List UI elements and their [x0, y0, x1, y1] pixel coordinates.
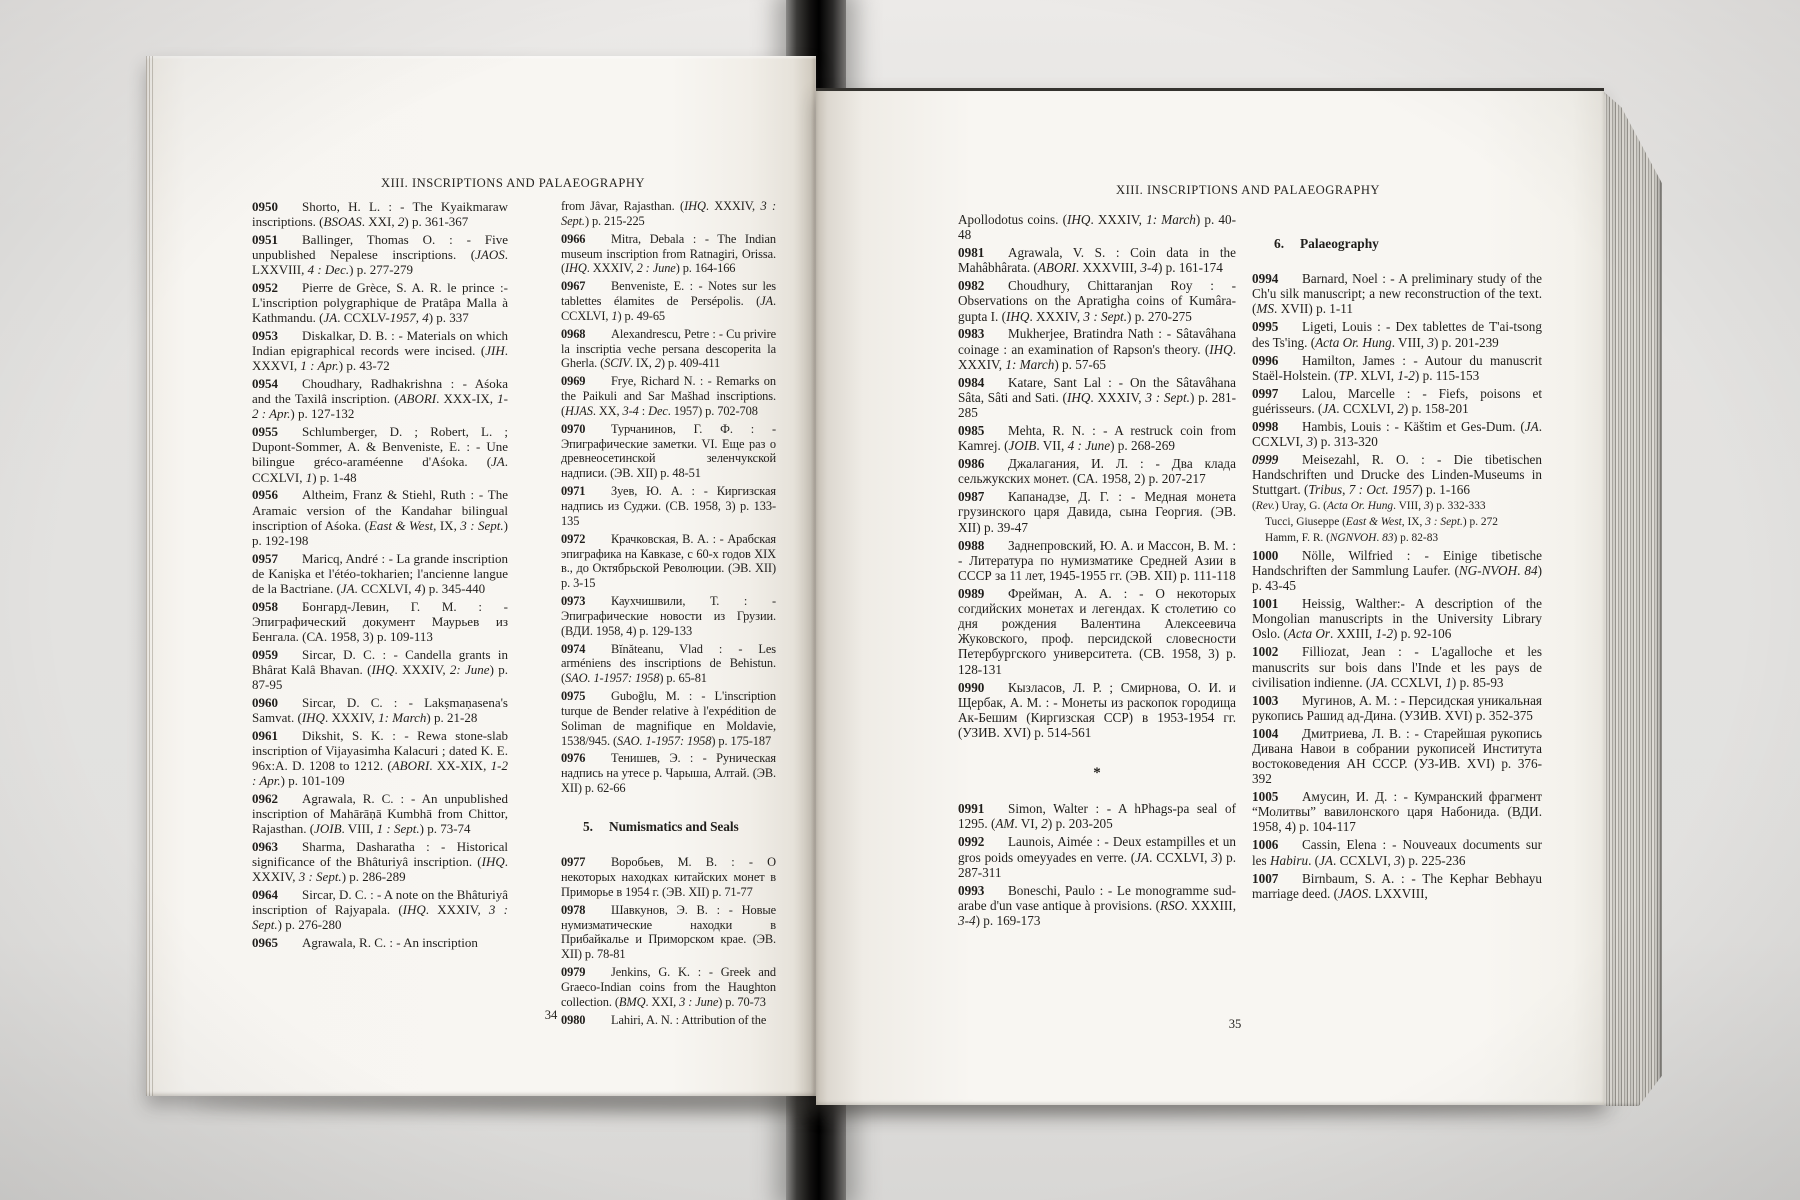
entry-text: ) p. 43-72: [339, 358, 390, 373]
entry-number: 0991: [958, 801, 1008, 816]
entry-text: ) p. 270-275: [1127, 309, 1192, 324]
entry-text: . XXXIV,: [426, 902, 489, 917]
right-page-column-2: 6.Palaeography0994Barnard, Noel : - A pr…: [1252, 212, 1542, 904]
entry-text: . CCXLVI,: [1149, 850, 1211, 865]
bib-entry: 0994Barnard, Noel : - A preliminary stud…: [1252, 271, 1542, 316]
journal-ref: JA: [1322, 401, 1336, 416]
entry-number: 0993: [958, 883, 1008, 898]
entry-number: 0962: [252, 791, 302, 806]
journal-ref: 83: [1382, 532, 1393, 544]
journal-ref: 1-2: [1375, 626, 1393, 641]
bib-entry: 0957Maricq, André : - La grande inscript…: [252, 551, 508, 596]
entry-text: , IX,: [1402, 516, 1425, 528]
journal-ref: SAO. 1-1957: 1958: [617, 734, 711, 748]
journal-ref: BMQ: [619, 995, 646, 1009]
journal-ref: SCIV: [604, 356, 630, 370]
bib-entry: 0980Lahiri, A. N. : Attribution of the: [561, 1013, 776, 1028]
asterisk-divider: *: [958, 766, 1236, 781]
bib-entry: 0974Bĭnăteanu, Vlad : - Les arméniens de…: [561, 642, 776, 687]
entry-number: 0971: [561, 484, 611, 499]
journal-ref: JA: [1525, 419, 1539, 434]
page-number-right: 35: [1229, 1017, 1242, 1032]
entry-text: . VIII,: [1392, 335, 1428, 350]
page-stack-edges: [1604, 92, 1662, 1106]
entry-number: 0995: [1252, 319, 1302, 334]
entry-number: 0969: [561, 374, 611, 389]
bib-entry: 1007Birnbaum, S. A. : - The Kephar Bebha…: [1252, 871, 1542, 901]
journal-ref: JOIB: [1009, 438, 1037, 453]
entry-text: . 1957) p. 702-708: [668, 404, 758, 418]
entry-number: 0973: [561, 594, 611, 609]
journal-ref: 3 : Sept.: [1145, 390, 1190, 405]
entry-text: ) p. 115-153: [1415, 368, 1479, 383]
entry-number: 0996: [1252, 353, 1302, 368]
bib-entry: 0984Katare, Sant Lal : - On the Sâtavâha…: [958, 375, 1236, 420]
journal-ref: 3-4: [623, 404, 639, 418]
entry-text: . CCXLVI,: [1384, 675, 1445, 690]
left-page-column-1: 0950Shorto, H. L. : - The Kyaikmaraw ins…: [252, 199, 508, 953]
entry-text: . XXXIV,: [325, 710, 378, 725]
entry-number: 0958: [252, 599, 302, 614]
bib-entry: 0983Mukherjee, Bratindra Nath : - Sâtavâ…: [958, 326, 1236, 371]
journal-ref: IHQ: [1209, 342, 1232, 357]
journal-ref: JA: [760, 294, 773, 308]
entry-number: 0957: [252, 551, 302, 566]
entry-text: Apollodotus coins. (: [958, 212, 1067, 227]
bib-entry: from Jâvar, Rajasthan. (IHQ. XXXIV, 3 : …: [561, 199, 776, 229]
entry-text: . XXXIV,: [1029, 309, 1083, 324]
entry-text: ) p. 57-65: [1054, 357, 1106, 372]
entry-text: ) p. 277-279: [349, 262, 413, 277]
entry-text: Hamm, F. R. (: [1265, 532, 1330, 544]
bib-entry: 0991Simon, Walter : - A hPhags-pa seal o…: [958, 801, 1236, 831]
entry-text: . VIII,: [1393, 500, 1424, 512]
entry-text: . XXX-IX,: [436, 391, 497, 406]
journal-ref: IHQ: [1067, 390, 1090, 405]
entry-text: . XXI,: [362, 214, 398, 229]
entry-number: 0965: [252, 935, 302, 950]
entry-text: . LXXVIII,: [1368, 886, 1428, 901]
entry-number: 0992: [958, 834, 1008, 849]
journal-ref: 1: March: [1146, 212, 1196, 227]
entry-text: . VI,: [1014, 816, 1041, 831]
entry-number: 0989: [958, 586, 1008, 601]
entry-text: Lahiri, A. N. : Attribution of the: [611, 1013, 766, 1027]
journal-ref: 1957, 4: [390, 310, 429, 325]
journal-ref: 1: [1445, 675, 1452, 690]
section-title: Numismatics and Seals: [609, 819, 739, 834]
entry-number: 0990: [958, 680, 1008, 695]
journal-ref: 2: June: [450, 662, 490, 677]
entry-number: 0961: [252, 728, 302, 743]
entry-text: ) Uray, G. (: [1275, 500, 1327, 512]
book-photo-scene: XIII. INSCRIPTIONS AND PALAEOGRAPHY XIII…: [0, 0, 1800, 1200]
entry-number: 1006: [1252, 837, 1302, 852]
bib-entry: 0972Крачковская, В. А. : - Арабская эпиг…: [561, 532, 776, 592]
journal-ref: ABORI: [1038, 260, 1076, 275]
entry-text: ) p. 1-166: [1418, 482, 1470, 497]
entry-text: ) p. 276-280: [278, 917, 342, 932]
journal-ref: 4 : June: [1068, 438, 1110, 453]
entry-text: ) p. 337: [429, 310, 469, 325]
journal-ref: IHQ: [565, 261, 587, 275]
entry-text: . CCXLV-: [337, 310, 390, 325]
entry-text: . CCXLVI,: [355, 581, 415, 596]
journal-ref: 1: March: [1005, 357, 1054, 372]
journal-ref: BSOAS: [324, 214, 362, 229]
entry-text: ) p. 169-173: [976, 913, 1041, 928]
entry-text: ) p. 203-205: [1048, 816, 1113, 831]
entry-text: ) p. 161-174: [1158, 260, 1223, 275]
journal-ref: 3: [1427, 335, 1434, 350]
entry-number: 0975: [561, 689, 611, 704]
page-number-left: 34: [545, 1008, 558, 1023]
journal-ref: 3 : June: [679, 995, 718, 1009]
entry-number: 0974: [561, 642, 611, 657]
entry-text: . XXI,: [645, 995, 679, 1009]
journal-ref: East & West: [369, 518, 433, 533]
entry-text: ) p. 409-411: [661, 356, 720, 370]
journal-ref: IHQ: [1006, 309, 1029, 324]
bib-entry: 0997Lalou, Marcelle : - Fiefs, poisons e…: [1252, 386, 1542, 416]
entry-text: ) p. 1-48: [312, 470, 356, 485]
entry-number: 0951: [252, 232, 302, 247]
entry-text: ) p. 215-225: [585, 214, 645, 228]
entry-text: . XXXIV,: [587, 261, 637, 275]
bib-entry: 0952Pierre de Grèce, S. A. R. le prince …: [252, 280, 508, 325]
journal-ref: 7 : Oct. 1957: [1349, 482, 1419, 497]
journal-ref: Tribus: [1308, 482, 1342, 497]
journal-ref: IHQ: [302, 710, 325, 725]
entry-text: ) p. 361-367: [404, 214, 468, 229]
entry-number: 0980: [561, 1013, 611, 1028]
entry-text: ) p. 49-65: [618, 309, 666, 323]
journal-ref: JA: [491, 454, 505, 469]
journal-ref: JA: [341, 581, 355, 596]
bib-entry: 0989Фрейман, А. А. : - О некоторых согди…: [958, 586, 1236, 677]
bib-entry: 0992Launois, Aimée : - Deux estampilles …: [958, 834, 1236, 879]
entry-number: 1002: [1252, 644, 1302, 659]
journal-ref: HJAS: [565, 404, 593, 418]
entry-number: 0981: [958, 245, 1008, 260]
journal-ref: Rev.: [1256, 500, 1275, 512]
entry-number: 0967: [561, 279, 611, 294]
journal-ref: NGNVOH: [1330, 532, 1377, 544]
bib-entry: 0969Frye, Richard N. : - Remarks on the …: [561, 374, 776, 419]
entry-number: 0950: [252, 199, 302, 214]
entry-text: ) p. 164-166: [676, 261, 736, 275]
journal-ref: 1 : Apr.: [300, 358, 338, 373]
bib-entry: 1004Дмитриева, Л. В. : - Старейшая рукоп…: [1252, 726, 1542, 787]
entry-text: ) p. 73-74: [420, 821, 471, 836]
entry-text: . XVII) p. 1-11: [1274, 301, 1353, 316]
journal-ref: Acta Or: [1288, 626, 1330, 641]
entry-text: ) p. 345-440: [421, 581, 485, 596]
journal-ref: IHQ: [1067, 212, 1090, 227]
entry-number: 0954: [252, 376, 302, 391]
entry-text: . IX,: [630, 356, 655, 370]
journal-ref: IHQ: [482, 854, 505, 869]
bib-entry: 0988Заднепровский, Ю. А. и Массон, В. М.…: [958, 538, 1236, 583]
bib-entry: 0951Ballinger, Thomas O. : - Five unpubl…: [252, 232, 508, 277]
journal-ref: 3: [1394, 853, 1401, 868]
journal-ref: JA: [1135, 850, 1149, 865]
entry-text: ) p. 268-269: [1110, 438, 1175, 453]
bib-entry: 0950Shorto, H. L. : - The Kyaikmaraw ins…: [252, 199, 508, 229]
journal-ref: 3: [1211, 850, 1218, 865]
bib-entry: 0987Капанадзе, Д. Г. : - Медная монета г…: [958, 489, 1236, 534]
entry-text: Agrawala, R. C. : - An inscription: [302, 935, 478, 950]
entry-text: ) p. 85-93: [1452, 675, 1504, 690]
journal-ref: 1-2: [1397, 368, 1415, 383]
journal-ref: 2 : June: [637, 261, 676, 275]
journal-ref: NG-NVOH: [1459, 563, 1517, 578]
journal-ref: JA: [1370, 675, 1384, 690]
journal-ref: IHQ: [371, 662, 394, 677]
bib-entry: 1002Filliozat, Jean : - L'agalloche et l…: [1252, 644, 1542, 689]
bib-entry: 0976Тенишев, Э. : - Руническая надпись н…: [561, 751, 776, 796]
journal-ref: ABORI: [399, 391, 437, 406]
entry-number: 0976: [561, 751, 611, 766]
entry-number: 0959: [252, 647, 302, 662]
entry-text: . XX-XIX,: [429, 758, 490, 773]
journal-ref: 1 : Sept.: [377, 821, 420, 836]
entry-text: . XXXVIII,: [1076, 260, 1140, 275]
entry-number: 0968: [561, 327, 611, 342]
entry-number: 1007: [1252, 871, 1302, 886]
entry-text: :: [639, 404, 648, 418]
bib-entry: 0975Guboğlu, M. : - L'inscription turque…: [561, 689, 776, 749]
section-heading: 5.Numismatics and Seals: [583, 820, 776, 835]
journal-ref: JA: [1319, 853, 1333, 868]
bib-entry: 0985Mehta, R. N. : - A restruck coin fro…: [958, 423, 1236, 453]
bib-entry: 0955Schlumberger, D. ; Robert, L. ; Dupo…: [252, 424, 508, 484]
journal-ref: Acta Or. Hung: [1315, 335, 1392, 350]
entry-text: . XXXIV,: [1090, 212, 1146, 227]
bib-entry: 0986Джалагания, И. Л. : - Два клада сель…: [958, 456, 1236, 486]
left-page-column-2: from Jâvar, Rajasthan. (IHQ. XXXIV, 3 : …: [561, 199, 776, 1030]
entry-number: 0960: [252, 695, 302, 710]
review-note: Hamm, F. R. (NGNVOH. 83) p. 82-83: [1252, 532, 1542, 546]
entry-text: ) p. 225-236: [1401, 853, 1466, 868]
entry-number: 0963: [252, 839, 302, 854]
bib-entry: 0982Choudhury, Chittaranjan Roy : - Obse…: [958, 278, 1236, 323]
entry-number: 0986: [958, 456, 1008, 471]
entry-text: . XX,: [593, 404, 623, 418]
entry-text: ) p. 92-106: [1393, 626, 1451, 641]
entry-text: , IX,: [433, 518, 460, 533]
bib-entry: 0958Бонгард-Левин, Г. М. : - Эпиграфичес…: [252, 599, 508, 644]
entry-text: Hambis, Louis : - Käštim et Ges-Dum. (: [1302, 419, 1525, 434]
review-note: Tucci, Giuseppe (East & West, IX, 3 : Se…: [1252, 516, 1542, 530]
entry-number: 0994: [1252, 271, 1302, 286]
entry-text: ) p. 286-289: [342, 869, 406, 884]
entry-text: Tucci, Giuseppe (: [1265, 516, 1346, 528]
bib-entry: 0965Agrawala, R. C. : - An inscription: [252, 935, 508, 950]
entry-text: ) p. 127-132: [290, 406, 354, 421]
entry-number: 0970: [561, 422, 611, 437]
entry-text: ) p. 82-83: [1394, 532, 1439, 544]
entry-text: ) p. 65-81: [659, 671, 707, 685]
journal-ref: 1: March: [378, 710, 426, 725]
bib-entry: 1003Мугинов, А. М. : - Персидская уникал…: [1252, 693, 1542, 723]
journal-ref: 3 : Sept.: [1083, 309, 1127, 324]
bib-entry: 0964Sircar, D. C. : - A note on the Bhât…: [252, 887, 508, 932]
journal-ref: ABORI: [392, 758, 430, 773]
entry-number: 0998: [1252, 419, 1302, 434]
entry-number: 0987: [958, 489, 1008, 504]
running-head-left: XIII. INSCRIPTIONS AND PALAEOGRAPHY: [381, 176, 645, 191]
entry-text: ) p. 175-187: [711, 734, 771, 748]
entry-number: 0953: [252, 328, 302, 343]
entry-number: 1005: [1252, 789, 1302, 804]
bib-entry: 0996Hamilton, James : - Autour du manusc…: [1252, 353, 1542, 383]
bib-entry: 0962Agrawala, R. C. : - An unpublished i…: [252, 791, 508, 836]
entry-text: . XXXIV,: [1090, 390, 1145, 405]
journal-ref: Dec: [648, 404, 668, 418]
entry-number: 0972: [561, 532, 611, 547]
entry-number: 0966: [561, 232, 611, 247]
journal-ref: East & West: [1346, 516, 1402, 528]
entry-text: . (: [1308, 853, 1319, 868]
entry-text: ) p. 201-239: [1434, 335, 1499, 350]
bib-entry: 0963Sharma, Dasharatha : - Historical si…: [252, 839, 508, 884]
entry-number: 0952: [252, 280, 302, 295]
entry-number: 0983: [958, 326, 1008, 341]
entry-number: 0978: [561, 903, 611, 918]
bib-entry: 0956Altheim, Franz & Stiehl, Ruth : - Th…: [252, 487, 508, 547]
bib-entry: 0973Каухчишвили, Т. : - Эпиграфические н…: [561, 594, 776, 639]
bib-entry: 0981Agrawala, V. S. : Coin data in the M…: [958, 245, 1236, 275]
section-number: 5.: [583, 820, 609, 835]
journal-ref: 4 : Dec.: [308, 262, 350, 277]
right-page-column-1: Apollodotus coins. (IHQ. XXXIV, 1: March…: [958, 212, 1236, 931]
bib-entry: 0966Mitra, Debala : - The Indian museum …: [561, 232, 776, 277]
entry-number: 0977: [561, 855, 611, 870]
entry-text: ) p. 313-320: [1313, 434, 1378, 449]
entry-text: . CCXLVI,: [1336, 401, 1397, 416]
entry-number: 1004: [1252, 726, 1302, 741]
journal-ref: JAOS: [475, 247, 505, 262]
journal-ref: IHQ: [403, 902, 426, 917]
journal-ref: 2: [1397, 401, 1404, 416]
bib-entry: 0999Meisezahl, R. O. : - Die tibetischen…: [1252, 452, 1542, 497]
entry-number: 0982: [958, 278, 1008, 293]
journal-ref: Acta Or. Hung: [1327, 500, 1393, 512]
entry-text: ) p. 21-28: [426, 710, 477, 725]
entry-number: 0955: [252, 424, 302, 439]
bib-entry: 1000Nölle, Wilfried : - Einige tibetisch…: [1252, 548, 1542, 593]
running-head-right: XIII. INSCRIPTIONS AND PALAEOGRAPHY: [1116, 183, 1380, 198]
journal-ref: SAO. 1-1957: 1958: [565, 671, 659, 685]
entry-number: 0999: [1252, 452, 1302, 467]
journal-ref: JIH: [485, 343, 505, 358]
journal-ref: JA: [323, 310, 337, 325]
entry-text: . VIII,: [342, 821, 377, 836]
entry-text: . XXXIV,: [706, 199, 761, 213]
journal-ref: 3-4: [958, 913, 976, 928]
entry-number: 0964: [252, 887, 302, 902]
bib-entry: 0977Воробьев, М. В. : - О некоторых нахо…: [561, 855, 776, 900]
journal-ref: 3 : Sept.: [299, 869, 342, 884]
journal-ref: 84: [1524, 563, 1537, 578]
entry-number: 1000: [1252, 548, 1302, 563]
bib-entry: 0990Кызласов, Л. Р. ; Смирнова, О. И. и …: [958, 680, 1236, 741]
bib-entry: 0970Турчанинов, Г. Ф. : - Эпиграфические…: [561, 422, 776, 482]
journal-ref: Habiru: [1270, 853, 1308, 868]
bib-entry: 0971Зуев, Ю. А. : - Киргизская надпись и…: [561, 484, 776, 529]
journal-ref: TP: [1338, 368, 1353, 383]
entry-text: ) p. 70-73: [718, 995, 766, 1009]
journal-ref: 3 : Sept.: [460, 518, 503, 533]
bib-entry: 1006Cassin, Elena : - Nouveaux documents…: [1252, 837, 1542, 867]
journal-ref: AM: [995, 816, 1014, 831]
bib-entry: 1005Амусин, И. Д. : - Кумранский фрагмен…: [1252, 789, 1542, 834]
bib-entry: 0993Boneschi, Paulo : - Le monogramme su…: [958, 883, 1236, 928]
journal-ref: MS: [1256, 301, 1274, 316]
entry-text: ) p. 332-333: [1430, 500, 1486, 512]
entry-text: ,: [1342, 482, 1349, 497]
entry-text: . VII,: [1036, 438, 1067, 453]
entry-text: . CCXLVI,: [1333, 853, 1394, 868]
bib-entry: 0953Diskalkar, D. B. : - Materials on wh…: [252, 328, 508, 373]
entry-text: . XLVI,: [1354, 368, 1397, 383]
section-number: 6.: [1274, 236, 1300, 251]
bib-entry: 0978Шавкунов, Э. В. : - Новые нумизматич…: [561, 903, 776, 963]
entry-text: from Jâvar, Rajasthan. (: [561, 199, 684, 213]
journal-ref: JAOS: [1338, 886, 1368, 901]
bib-entry: 0961Dikshit, S. K. : - Rewa stone-slab i…: [252, 728, 508, 788]
entry-number: 1003: [1252, 693, 1302, 708]
section-title: Palaeography: [1300, 236, 1379, 251]
bib-entry: 0960Sircar, D. C. : - Lakṣmaṇasena's Sam…: [252, 695, 508, 725]
entry-number: 0956: [252, 487, 302, 502]
entry-number: 1001: [1252, 596, 1302, 611]
review-note: (Rev.) Uray, G. (Acta Or. Hung. VIII, 3)…: [1252, 500, 1542, 514]
journal-ref: JOIB: [314, 821, 341, 836]
entry-number: 0984: [958, 375, 1008, 390]
entry-text: ) p. 272: [1463, 516, 1498, 528]
entry-text: . XXXIII,: [1184, 898, 1236, 913]
bib-entry: 0967Benveniste, E. : - Notes sur les tab…: [561, 279, 776, 324]
journal-ref: 2: [1041, 816, 1048, 831]
bib-entry: 0954Choudhary, Radhakrishna : - Aśoka an…: [252, 376, 508, 421]
entry-text: . XXIII,: [1330, 626, 1375, 641]
bib-entry: 0995Ligeti, Louis : - Dex tablettes de T…: [1252, 319, 1542, 349]
bib-entry: Apollodotus coins. (IHQ. XXXIV, 1: March…: [958, 212, 1236, 242]
journal-ref: IHQ: [684, 199, 706, 213]
bib-entry: 0968Alexandrescu, Petre : - Cu privire l…: [561, 327, 776, 372]
entry-number: 0985: [958, 423, 1008, 438]
journal-ref: 3 : Sept.: [1425, 516, 1463, 528]
bib-entry: 1001Heissig, Walther:- A description of …: [1252, 596, 1542, 641]
journal-ref: 3-4: [1140, 260, 1158, 275]
bib-entry: 0998Hambis, Louis : - Käštim et Ges-Dum.…: [1252, 419, 1542, 449]
bib-entry: 0959Sircar, D. C. : - Candella grants in…: [252, 647, 508, 692]
entry-number: 0997: [1252, 386, 1302, 401]
entry-text: ) p. 101-109: [281, 773, 345, 788]
journal-ref: RSO: [1160, 898, 1184, 913]
entry-text: ) p. 158-201: [1404, 401, 1469, 416]
entry-text: . XXXIV,: [395, 662, 450, 677]
entry-number: 0988: [958, 538, 1008, 553]
bib-entry: 0979Jenkins, G. K. : - Greek and Graeco-…: [561, 965, 776, 1010]
section-heading: 6.Palaeography: [1274, 236, 1542, 251]
entry-number: 0979: [561, 965, 611, 980]
